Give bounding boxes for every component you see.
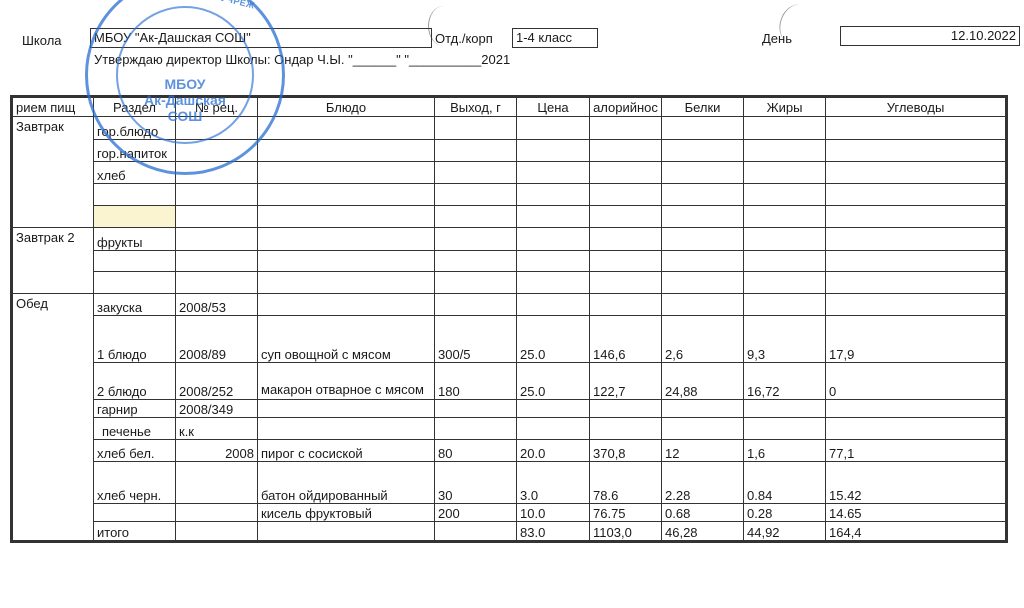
cell-recipe	[176, 206, 258, 228]
cell-carbs: 77,1	[826, 440, 1007, 462]
cell-carbs	[826, 184, 1007, 206]
cell-protein	[662, 272, 744, 294]
cell-dish	[258, 184, 435, 206]
cell-section: закуска	[94, 294, 176, 316]
cell-calories	[590, 294, 662, 316]
col-output: Выход, г	[435, 97, 517, 117]
cell-section	[94, 251, 176, 272]
cell-section	[94, 206, 176, 228]
col-price: Цена	[517, 97, 590, 117]
cell-recipe	[176, 140, 258, 162]
cell-calories: 122,7	[590, 363, 662, 400]
cell-section: хлеб	[94, 162, 176, 184]
col-recipe: № рец.	[176, 97, 258, 117]
col-meal: рием пищ	[12, 97, 94, 117]
col-calories: алорийнос	[590, 97, 662, 117]
cell-price	[517, 162, 590, 184]
cell-protein: 12	[662, 440, 744, 462]
cell-protein	[662, 117, 744, 140]
cell-fat: 0.84	[744, 462, 826, 504]
cell-recipe	[176, 251, 258, 272]
table-row: итого83.01103,046,2844,92164,4	[12, 522, 1007, 542]
cell-carbs	[826, 117, 1007, 140]
cell-price	[517, 184, 590, 206]
table-row: гарнир2008/349	[12, 400, 1007, 418]
cell-fat	[744, 418, 826, 440]
cell-calories	[590, 272, 662, 294]
header-row: рием пищ Раздел № рец. Блюдо Выход, г Це…	[12, 97, 1007, 117]
cell-calories	[590, 117, 662, 140]
cell-carbs: 14.65	[826, 504, 1007, 522]
cell-protein: 0.68	[662, 504, 744, 522]
cell-calories	[590, 418, 662, 440]
cell-price	[517, 206, 590, 228]
cell-calories: 370,8	[590, 440, 662, 462]
cell-recipe: 2008	[176, 440, 258, 462]
menu-table: рием пищ Раздел № рец. Блюдо Выход, г Це…	[10, 95, 1008, 543]
cell-section: фрукты	[94, 228, 176, 251]
cell-recipe	[176, 117, 258, 140]
cell-section: 1 блюдо	[94, 316, 176, 363]
cell-price: 25.0	[517, 316, 590, 363]
cell-protein	[662, 162, 744, 184]
cell-fat	[744, 162, 826, 184]
cell-output	[435, 162, 517, 184]
cell-carbs	[826, 272, 1007, 294]
cell-calories	[590, 251, 662, 272]
school-name-field: МБОУ "Ак-Дашская СОШ"	[90, 28, 432, 48]
cell-calories	[590, 228, 662, 251]
table-row: гор.напиток	[12, 140, 1007, 162]
cell-price: 83.0	[517, 522, 590, 542]
cell-price	[517, 140, 590, 162]
table-row: 2 блюдо2008/252макарон отварное с мясом1…	[12, 363, 1007, 400]
cell-recipe	[176, 184, 258, 206]
cell-protein: 24,88	[662, 363, 744, 400]
cell-calories	[590, 162, 662, 184]
cell-carbs	[826, 140, 1007, 162]
cell-price	[517, 294, 590, 316]
cell-output: 200	[435, 504, 517, 522]
cell-price	[517, 251, 590, 272]
cell-dish	[258, 162, 435, 184]
cell-price	[517, 228, 590, 251]
cell-dish	[258, 272, 435, 294]
cell-calories: 1103,0	[590, 522, 662, 542]
cell-recipe	[176, 522, 258, 542]
cell-fat	[744, 117, 826, 140]
cell-carbs	[826, 206, 1007, 228]
cell-output: 180	[435, 363, 517, 400]
col-fat: Жиры	[744, 97, 826, 117]
cell-section	[94, 272, 176, 294]
cell-calories	[590, 206, 662, 228]
cell-calories: 78.6	[590, 462, 662, 504]
col-protein: Белки	[662, 97, 744, 117]
table-row	[12, 251, 1007, 272]
table-row	[12, 184, 1007, 206]
cell-fat	[744, 272, 826, 294]
cell-output	[435, 251, 517, 272]
cell-recipe	[176, 162, 258, 184]
cell-protein: 46,28	[662, 522, 744, 542]
cell-dish	[258, 400, 435, 418]
table-row: хлеб черн.батон ойдированный303.078.62.2…	[12, 462, 1007, 504]
cell-output	[435, 184, 517, 206]
cell-section: хлеб черн.	[94, 462, 176, 504]
cell-recipe	[176, 504, 258, 522]
cell-recipe	[176, 272, 258, 294]
cell-protein	[662, 184, 744, 206]
cell-protein	[662, 228, 744, 251]
table-row: печеньек.к	[12, 418, 1007, 440]
cell-price: 20.0	[517, 440, 590, 462]
cell-section: гарнир	[94, 400, 176, 418]
meal-name: Обед	[12, 294, 94, 542]
table-row: хлеб	[12, 162, 1007, 184]
cell-dish	[258, 418, 435, 440]
cell-recipe: 2008/53	[176, 294, 258, 316]
cell-fat	[744, 400, 826, 418]
cell-section: печенье	[94, 418, 176, 440]
cell-carbs	[826, 162, 1007, 184]
cell-carbs: 17,9	[826, 316, 1007, 363]
cell-dish: суп овощной с мясом	[258, 316, 435, 363]
cell-fat	[744, 140, 826, 162]
cell-dish	[258, 117, 435, 140]
cell-carbs	[826, 228, 1007, 251]
cell-price: 25.0	[517, 363, 590, 400]
cell-carbs	[826, 251, 1007, 272]
cell-carbs: 164,4	[826, 522, 1007, 542]
cell-recipe: 2008/252	[176, 363, 258, 400]
cell-price	[517, 272, 590, 294]
school-label: Школа	[22, 33, 62, 48]
table-row: Завтракгор.блюдо	[12, 117, 1007, 140]
cell-recipe: к.к	[176, 418, 258, 440]
cell-fat	[744, 206, 826, 228]
table-row	[12, 206, 1007, 228]
cell-output	[435, 140, 517, 162]
cell-dish	[258, 228, 435, 251]
cell-protein	[662, 294, 744, 316]
cell-fat: 44,92	[744, 522, 826, 542]
cell-section: гор.блюдо	[94, 117, 176, 140]
cell-recipe	[176, 462, 258, 504]
cell-output	[435, 294, 517, 316]
cell-recipe: 2008/89	[176, 316, 258, 363]
cell-calories: 146,6	[590, 316, 662, 363]
cell-output	[435, 228, 517, 251]
table-row: кисель фруктовый20010.076.750.680.2814.6…	[12, 504, 1007, 522]
cell-calories	[590, 400, 662, 418]
cell-fat: 1,6	[744, 440, 826, 462]
cell-dish: батон ойдированный	[258, 462, 435, 504]
cell-price	[517, 418, 590, 440]
cell-output: 80	[435, 440, 517, 462]
cell-dish: кисель фруктовый	[258, 504, 435, 522]
cell-output: 30	[435, 462, 517, 504]
cell-section: 2 блюдо	[94, 363, 176, 400]
table-row: хлеб бел.2008пирог с сосиской8020.0370,8…	[12, 440, 1007, 462]
cell-carbs: 0	[826, 363, 1007, 400]
dept-label: Отд./корп	[435, 31, 493, 46]
cell-dish	[258, 251, 435, 272]
table-row: Завтрак 2фрукты	[12, 228, 1007, 251]
cell-dish	[258, 522, 435, 542]
cell-carbs	[826, 418, 1007, 440]
table-row: Обедзакуска2008/53	[12, 294, 1007, 316]
cell-section: итого	[94, 522, 176, 542]
cell-fat	[744, 228, 826, 251]
cell-output	[435, 206, 517, 228]
cell-section	[94, 504, 176, 522]
cell-price	[517, 117, 590, 140]
cell-dish	[258, 140, 435, 162]
dept-field: 1-4 класс	[512, 28, 598, 48]
cell-protein: 2,6	[662, 316, 744, 363]
stamp-ring-text: ОБРАЗОВАТЕЛЬНОЕ УЧРЕЖ	[119, 0, 256, 11]
cell-dish: макарон отварное с мясом	[258, 363, 435, 400]
cell-protein	[662, 206, 744, 228]
cell-protein	[662, 418, 744, 440]
cell-recipe	[176, 228, 258, 251]
cell-protein	[662, 400, 744, 418]
cell-carbs: 15.42	[826, 462, 1007, 504]
cell-protein	[662, 251, 744, 272]
day-label: День	[762, 31, 792, 46]
cell-section	[94, 184, 176, 206]
cell-fat: 0.28	[744, 504, 826, 522]
cell-protein: 2.28	[662, 462, 744, 504]
cell-carbs	[826, 294, 1007, 316]
cell-protein	[662, 140, 744, 162]
cell-output	[435, 117, 517, 140]
cell-calories	[590, 184, 662, 206]
cell-output	[435, 418, 517, 440]
cell-fat	[744, 251, 826, 272]
cell-dish	[258, 294, 435, 316]
cell-calories: 76.75	[590, 504, 662, 522]
cell-fat	[744, 184, 826, 206]
approval-line: Утверждаю директор Школы: Ондар Ч.Ы. "__…	[94, 52, 510, 67]
cell-recipe: 2008/349	[176, 400, 258, 418]
cell-fat: 16,72	[744, 363, 826, 400]
cell-dish	[258, 206, 435, 228]
meal-name: Завтрак	[12, 117, 94, 228]
cell-fat: 9,3	[744, 316, 826, 363]
col-carbs: Углеводы	[826, 97, 1007, 117]
cell-section: гор.напиток	[94, 140, 176, 162]
cell-output	[435, 522, 517, 542]
col-section: Раздел	[94, 97, 176, 117]
col-dish: Блюдо	[258, 97, 435, 117]
cell-dish: пирог с сосиской	[258, 440, 435, 462]
cell-price: 3.0	[517, 462, 590, 504]
cell-section: хлеб бел.	[94, 440, 176, 462]
cell-price	[517, 400, 590, 418]
meal-name: Завтрак 2	[12, 228, 94, 294]
table-row: 1 блюдо2008/89суп овощной с мясом300/525…	[12, 316, 1007, 363]
cell-price: 10.0	[517, 504, 590, 522]
cell-fat	[744, 294, 826, 316]
cell-carbs	[826, 400, 1007, 418]
cell-output: 300/5	[435, 316, 517, 363]
cell-output	[435, 272, 517, 294]
day-field: 12.10.2022	[840, 26, 1020, 46]
cell-output	[435, 400, 517, 418]
table-row	[12, 272, 1007, 294]
cell-calories	[590, 140, 662, 162]
